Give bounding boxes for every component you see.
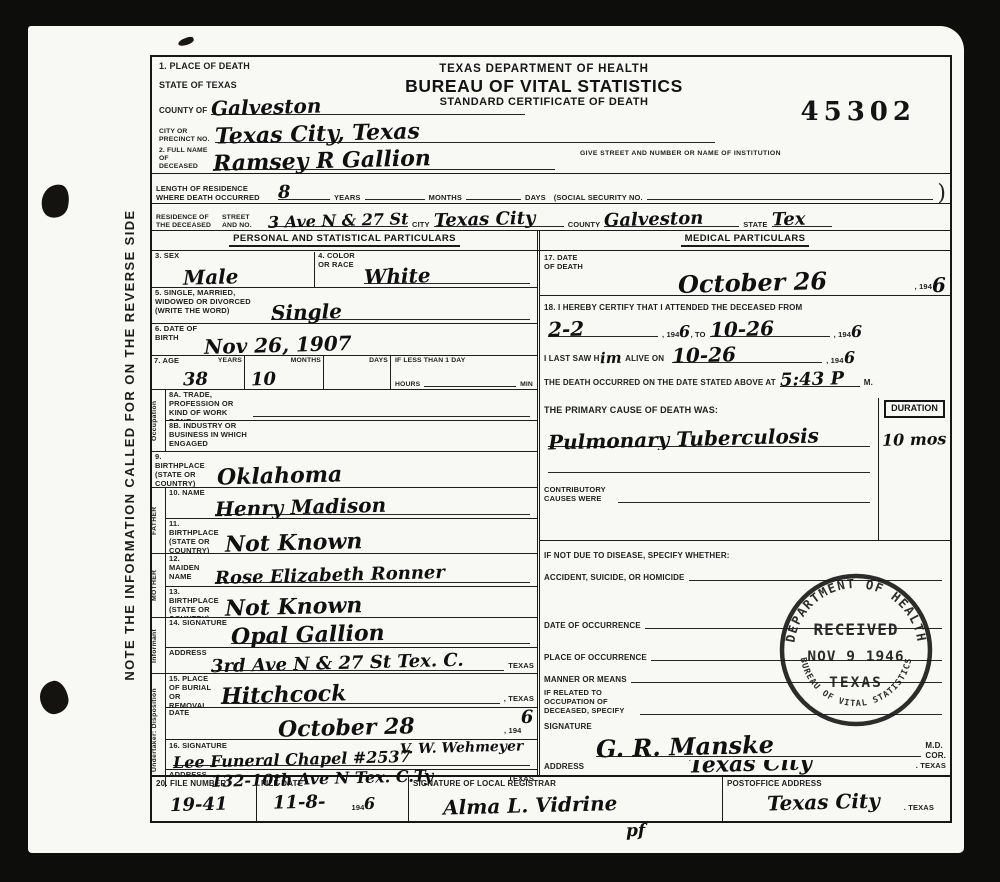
medical-section-header: MEDICAL PARTICULARS xyxy=(537,231,950,250)
death-time-line: THE DEATH OCCURRED ON THE DATE STATED AB… xyxy=(540,366,950,390)
age-label: 7. AGE xyxy=(154,357,179,389)
file-year-printed: 194 xyxy=(352,804,365,813)
birthplace-row: 9. BIRTHPLACE (STATE OR COUNTRY) Oklahom… xyxy=(152,451,537,487)
street-label: STREET AND NO. xyxy=(222,214,264,230)
res-city-value: Texas City xyxy=(433,210,535,231)
age-days-label: DAYS xyxy=(369,357,388,389)
ssn-label: (SOCIAL SECURITY NO. xyxy=(554,194,643,203)
informant-sig-value: Opal Gallion xyxy=(231,622,385,647)
min-label: MIN xyxy=(520,381,533,389)
certificate-header: 1. PLACE OF DEATH STATE OF TEXAS TEXAS D… xyxy=(152,57,950,173)
sex-label: 3. SEX xyxy=(155,252,179,287)
duration-column: DURATION 10 mos xyxy=(878,398,950,540)
primary-cause-label: THE PRIMARY CAUSE OF DEATH WAS: xyxy=(544,405,718,416)
undertaker-address-row: ADDRESS 132-10th Ave N Tex. C.Ty TEXAS xyxy=(166,769,537,787)
related-label: IF RELATED TO OCCUPATION OF DECEASED, SP… xyxy=(544,689,636,716)
accident-label: ACCIDENT, SUICIDE, OR HOMICIDE xyxy=(544,573,685,582)
undertaker-addr-value: 132-10th Ave N Tex. C.Ty xyxy=(211,769,434,787)
sex-color-row: 3. SEX Male 4. COLOR OR RACE White xyxy=(152,251,537,287)
burial-date-label: DATE xyxy=(169,709,189,739)
physician-address-row: ADDRESS Texas City . TEXAS xyxy=(540,760,950,775)
personal-column: 3. SEX Male 4. COLOR OR RACE White 5. SI… xyxy=(152,251,537,775)
color-value: White xyxy=(364,265,431,287)
postoffice-cell: POSTOFFICE ADDRESS Texas City . TEXAS xyxy=(722,777,950,821)
certification-block: 18. I HEREBY CERTIFY THAT I ATTENDED THE… xyxy=(540,295,950,398)
physician-sig-label: SIGNATURE xyxy=(544,722,592,731)
marital-row: 5. SINGLE, MARRIED, WIDOWED OR DIVORCED … xyxy=(152,287,537,323)
informant-side-label: Informant xyxy=(152,618,166,673)
informant-addr-label: ADDRESS xyxy=(169,649,207,674)
father-bp-label: 11. BIRTHPLACE (STATE OR COUNTRY) xyxy=(169,520,221,554)
cause-value: Pulmonary Tuberculosis xyxy=(548,425,819,450)
scanner-background: { "scan": { "note_reverse": "NOTE THE IN… xyxy=(0,0,1000,882)
death-certificate-scan: NOTE THE INFORMATION CALLED FOR ON THE R… xyxy=(28,26,964,853)
clerk-annotation: pf xyxy=(626,823,646,840)
burial-state-label: , TEXAS xyxy=(504,695,534,704)
father-name-value: Henry Madison xyxy=(215,495,387,518)
reverse-side-note: NOTE THE INFORMATION CALLED FOR ON THE R… xyxy=(123,175,141,715)
birthplace-label: 9. BIRTHPLACE (STATE OR COUNTRY) xyxy=(155,453,213,487)
age-years-label: YEARS xyxy=(218,357,242,389)
certificate-body: 1. PLACE OF DEATH STATE OF TEXAS TEXAS D… xyxy=(150,55,952,823)
age-months-label: MONTHS xyxy=(291,357,321,389)
place-occ-label: PLACE OF OCCURRENCE xyxy=(544,653,647,662)
md-label: M.D. xyxy=(925,741,943,750)
industry-row: 8B. INDUSTRY OR BUSINESS IN WHICH ENGAGE… xyxy=(166,420,537,452)
attended-from-value: 2-2 xyxy=(548,319,585,340)
father-group: FATHER 10. NAME Henry Madison 11. BIRTHP… xyxy=(152,487,537,553)
burial-year-printed: , 194 xyxy=(504,727,521,736)
contributory-label: CONTRIBUTORY CAUSES WERE xyxy=(544,486,614,504)
last-saw-year-printed: , 194 xyxy=(826,357,843,366)
father-name-row: 10. NAME Henry Madison xyxy=(166,488,537,518)
death-year-printed: , 194 xyxy=(915,283,932,292)
burial-value: Hitchcock xyxy=(221,682,347,707)
mother-name-row: 12. MAIDEN NAME Rose Elizabeth Ronner xyxy=(166,554,537,586)
certify-label: 18. I HEREBY CERTIFY THAT I ATTENDED THE… xyxy=(544,303,802,312)
file-year-digit: 6 xyxy=(364,796,376,812)
ink-blot xyxy=(38,181,72,221)
alive-label: ALIVE ON xyxy=(625,354,664,363)
mother-bp-value: Not Known xyxy=(225,594,363,618)
res-county-value: Galveston xyxy=(604,210,704,231)
occurred-time-value: 5:43 P xyxy=(780,370,844,390)
last-saw-date-value: 10-26 xyxy=(672,344,736,366)
res-county-label: COUNTY xyxy=(568,221,601,230)
burial-date-row: DATE October 28 , 194 6 xyxy=(166,707,537,739)
po-label: POSTOFFICE ADDRESS xyxy=(727,779,946,788)
undertaker-signature-row: 16. SIGNATURE V. W. Wehmeyer Lee Funeral… xyxy=(166,739,537,769)
marital-value: Single xyxy=(271,301,342,323)
to-label: , TO xyxy=(691,331,706,340)
stamp-date-text: NOV 9 1946 xyxy=(807,649,904,665)
ifnot-label: IF NOT DUE TO DISEASE, SPECIFY WHETHER: xyxy=(544,551,730,560)
death-date-label: 17. DATE OF DEATH xyxy=(544,254,590,272)
birthplace-value: Oklahoma xyxy=(217,463,343,487)
last-saw-line: I LAST SAW H im ALIVE ON 10-26 , 194 6 xyxy=(540,340,950,366)
industry-label: 8B. INDUSTRY OR BUSINESS IN WHICH ENGAGE… xyxy=(169,422,249,452)
undertaker-addr-label: ADDRESS xyxy=(169,771,207,787)
undertaker-sig-label: 16. SIGNATURE xyxy=(169,742,227,751)
trade-label: 8A. TRADE, PROFESSION OR KIND OF WORK DO… xyxy=(169,391,249,420)
occupation-group: Occupation 8A. TRADE, PROFESSION OR KIND… xyxy=(152,389,537,451)
personal-section-header: PERSONAL AND STATISTICAL PARTICULARS xyxy=(152,231,537,250)
physician-addr-label: ADDRESS xyxy=(544,762,584,771)
residence-label: RESIDENCE OF THE DECEASED xyxy=(156,214,222,230)
months-label: MONTHS xyxy=(429,194,462,203)
fullname-label: 2. FULL NAME OF DECEASED xyxy=(159,147,209,171)
residence-row: RESIDENCE OF THE DECEASED STREET AND NO.… xyxy=(152,203,950,230)
last-saw-year-digit: 6 xyxy=(843,350,855,366)
cause-of-death-area: THE PRIMARY CAUSE OF DEATH WAS: Pulmonar… xyxy=(540,398,950,540)
length-of-residence-row: LENGTH OF RESIDENCE WHERE DEATH OCCURRED… xyxy=(152,173,950,203)
undertaker-group: Undertaker: Disposition 15. PLACE OF BUR… xyxy=(152,673,537,787)
to-year-printed: , 194 xyxy=(834,331,851,340)
cor-label: COR. xyxy=(925,751,946,760)
county-value: Galveston xyxy=(211,96,322,119)
occupation-side-label: Occupation xyxy=(152,390,166,451)
res-state-value: Tex xyxy=(771,211,805,230)
father-side-label: FATHER xyxy=(152,488,166,553)
county-label: COUNTY OF xyxy=(159,106,207,115)
days-label: DAYS xyxy=(525,194,546,203)
informant-addr-value: 3rd Ave N & 27 St Tex. C. xyxy=(211,652,464,674)
city-line: CITY OR PRECINCT NO. Texas City, Texas xyxy=(159,123,719,146)
burial-date-value: October 28 xyxy=(278,715,415,739)
hours-label: HOURS xyxy=(395,381,420,389)
section-headers: PERSONAL AND STATISTICAL PARTICULARS MED… xyxy=(152,230,950,250)
physician-sig-value: G. R. Manske xyxy=(596,733,775,760)
mother-name-value: Rose Elizabeth Ronner xyxy=(215,564,445,586)
informant-sig-label: 14. SIGNATURE xyxy=(169,619,227,647)
birth-date-row: 6. DATE OF BIRTH Nov 26, 1907 xyxy=(152,323,537,355)
less-than-day-label: IF LESS THAN 1 DAY xyxy=(395,357,533,365)
father-birthplace-row: 11. BIRTHPLACE (STATE OR COUNTRY) Not Kn… xyxy=(166,518,537,554)
death-year-digit: 6 xyxy=(932,275,946,295)
occurred-m-label: M. xyxy=(864,378,873,387)
city-precinct-label: CITY OR PRECINCT NO. xyxy=(159,128,211,144)
last-saw-hw: im xyxy=(599,351,621,366)
burial-label: 15. PLACE OF BURIAL OR REMOVAL xyxy=(169,675,217,707)
res-state-label: STATE xyxy=(743,221,767,230)
duration-header: DURATION xyxy=(884,400,945,418)
res-city-label: CITY xyxy=(412,221,430,230)
informant-group: Informant 14. SIGNATURE Opal Gallion ADD… xyxy=(152,617,537,673)
bureau-title: BUREAU OF VITAL STATISTICS xyxy=(320,77,768,96)
attended-to-value: 10-26 xyxy=(709,318,773,340)
place-of-death-label: 1. PLACE OF DEATH xyxy=(159,61,250,72)
attended-line: 2-2 , 194 6 , TO 10-26 , 194 6 xyxy=(540,312,950,340)
ink-blot xyxy=(37,679,70,716)
registrar-signature: Alma L. Vidrine xyxy=(443,791,718,818)
street-value: 3 Ave N & 27 St xyxy=(268,211,409,231)
file-date-value: 11-8- xyxy=(273,794,326,813)
ink-speck xyxy=(177,36,194,48)
length-years-value: 8 xyxy=(278,184,291,202)
fullname-value: Ramsey R Gallion xyxy=(213,147,431,175)
color-label: 4. COLOR OR RACE xyxy=(318,252,360,287)
mother-bp-label: 13. BIRTHPLACE (STATE OR COUNTRY) xyxy=(169,588,221,618)
city-precinct-value: Texas City, Texas xyxy=(215,120,420,147)
birth-label: 6. DATE OF BIRTH xyxy=(155,325,200,355)
mother-name-label: 12. MAIDEN NAME xyxy=(169,555,211,586)
fullname-line: 2. FULL NAME OF DECEASED Ramsey R Gallio… xyxy=(159,147,559,173)
manner-label: MANNER OR MEANS xyxy=(544,675,627,684)
from-year-digit: 6 xyxy=(679,324,691,340)
length-label: LENGTH OF RESIDENCE WHERE DEATH OCCURRED xyxy=(156,185,274,203)
informant-address-row: ADDRESS 3rd Ave N & 27 St Tex. C. TEXAS xyxy=(166,647,537,674)
trade-row: 8A. TRADE, PROFESSION OR KIND OF WORK DO… xyxy=(166,390,537,420)
death-date-value: October 26 xyxy=(677,269,827,295)
received-stamp: DEPARTMENT OF HEALTH BUREAU OF VITAL STA… xyxy=(775,569,937,731)
department-title: TEXAS DEPARTMENT OF HEALTH xyxy=(320,62,768,77)
undertaker-sig-overlay: V. W. Wehmeyer xyxy=(400,739,524,756)
certificate-number: 45302 xyxy=(801,97,916,127)
date-occ-label: DATE OF OCCURRENCE xyxy=(544,621,641,630)
institution-note: GIVE STREET AND NUMBER OR NAME OF INSTIT… xyxy=(580,150,781,158)
physician-addr-value: Texas City xyxy=(688,760,813,775)
po-state-label: . TEXAS xyxy=(904,804,934,813)
undertaker-side-label: Undertaker: Disposition xyxy=(152,674,166,787)
duration-value: 10 mos xyxy=(882,431,947,449)
sex-value: Male xyxy=(183,266,239,287)
state-label: STATE OF TEXAS xyxy=(159,80,237,91)
burial-year-digit: 6 xyxy=(521,709,534,739)
last-saw-label: I LAST SAW H xyxy=(544,354,600,363)
undertaker-addr-state: TEXAS xyxy=(508,775,534,784)
ssn-close-paren: ) xyxy=(937,185,946,203)
mother-group: MOTHER 12. MAIDEN NAME Rose Elizabeth Ro… xyxy=(152,553,537,617)
from-year-printed: , 194 xyxy=(662,331,679,340)
informant-addr-state: TEXAS xyxy=(508,662,534,671)
undertaker-sig-value: Lee Funeral Chapel #2537 xyxy=(173,749,411,769)
father-bp-value: Not Known xyxy=(225,530,363,554)
file-number-value: 19-41 xyxy=(170,795,252,815)
stamp-received-text: RECEIVED xyxy=(813,620,898,639)
physician-addr-state: . TEXAS xyxy=(916,762,946,771)
death-date-row: 17. DATE OF DEATH October 26 , 194 6 xyxy=(540,251,950,295)
marital-label: 5. SINGLE, MARRIED, WIDOWED OR DIVORCED … xyxy=(155,289,267,323)
mother-side-label: MOTHER xyxy=(152,554,166,617)
stamp-texas-text: TEXAS xyxy=(829,675,883,691)
father-name-label: 10. NAME xyxy=(169,489,211,518)
years-label: YEARS xyxy=(334,194,361,203)
county-line: COUNTY OF Galveston xyxy=(159,97,529,118)
burial-place-row: 15. PLACE OF BURIAL OR REMOVAL Hitchcock… xyxy=(166,674,537,707)
age-row: 7. AGE 38 YEARS 10 MONTHS DAYS IF LESS T… xyxy=(152,355,537,389)
informant-signature-row: 14. SIGNATURE Opal Gallion xyxy=(166,618,537,647)
po-value: Texas City xyxy=(767,791,880,814)
mother-birthplace-row: 13. BIRTHPLACE (STATE OR COUNTRY) Not Kn… xyxy=(166,586,537,618)
occurred-label: THE DEATH OCCURRED ON THE DATE STATED AB… xyxy=(544,378,776,387)
to-year-digit: 6 xyxy=(851,324,863,340)
age-years-value: 38 xyxy=(183,371,209,389)
age-months-value: 10 xyxy=(251,371,277,389)
birth-value: Nov 26, 1907 xyxy=(204,333,352,355)
